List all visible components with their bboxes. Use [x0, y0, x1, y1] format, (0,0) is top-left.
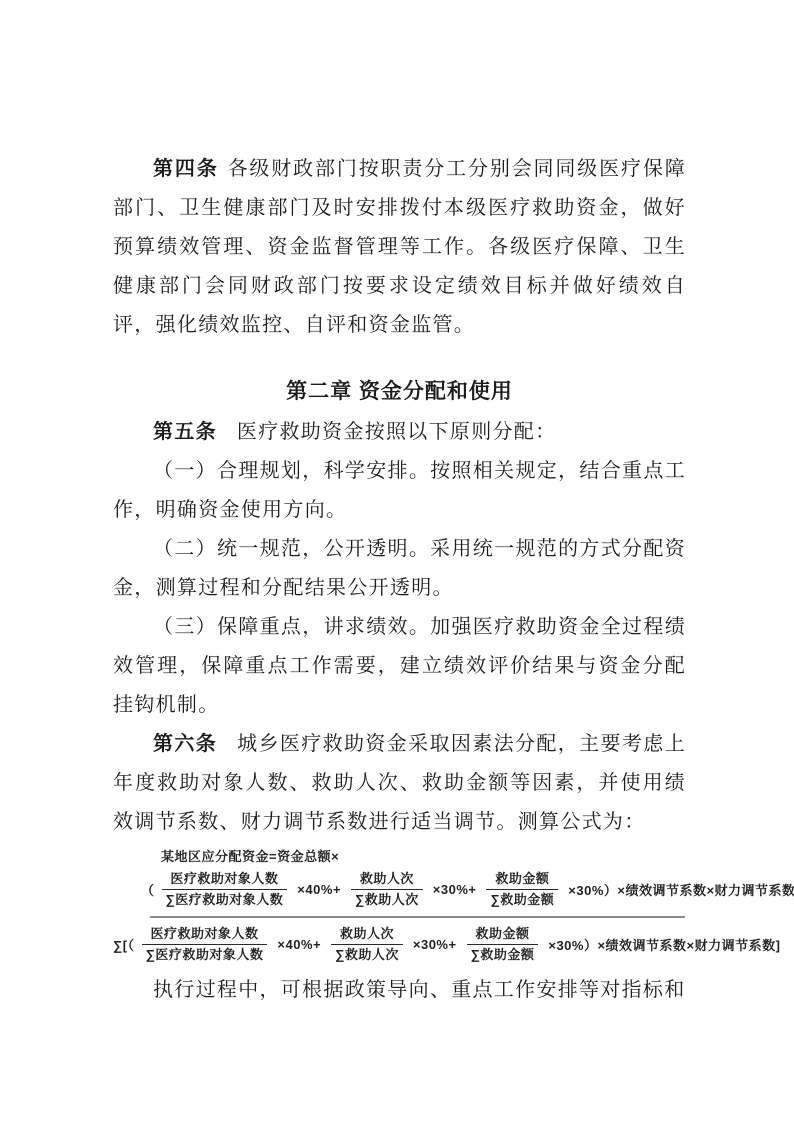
formula-numerator-row: （ 医疗救助对象人数 ∑医疗救助对象人数 ×40%+ 救助人次 ∑救助人次 ×3… — [113, 870, 686, 909]
document-page: 第四条各级财政部门按职责分工分别会同同级医疗保障部门、卫生健康部门及时安排拨付本… — [0, 0, 794, 1122]
operator-30pct: ×30%+ — [433, 882, 477, 897]
fraction-denominator: ∑救助金额 — [467, 946, 539, 964]
fraction-aid-amount: 救助金额 ∑救助金额 — [467, 925, 539, 964]
row-tail-coefficients: ×30%）×绩效调节系数×财力调节系数 — [568, 880, 794, 899]
principle-item-2: （二）统一规范，公开透明。采用统一规范的方式分配资金，测算过程和分配结果公开透明… — [113, 530, 686, 608]
fraction-numerator: 救助金额 — [491, 870, 553, 888]
fraction-denominator: ∑医疗救助对象人数 — [162, 891, 288, 909]
principle-item-1: （一）合理规划，科学安排。按照相关规定，结合重点工作，明确资金使用方向。 — [113, 452, 686, 530]
operator-40pct: ×40%+ — [277, 937, 321, 952]
main-fraction-bar — [150, 916, 685, 918]
row-tail-coefficients: ×30%）×绩效调节系数×财力调节系数] — [548, 935, 780, 954]
article-5-label: 第五条 — [153, 421, 217, 443]
fraction-denominator: ∑救助人次 — [351, 891, 423, 909]
chapter-2-heading: 第二章 资金分配和使用 — [113, 371, 686, 413]
sigma-open-bracket: ∑[（ — [113, 935, 135, 954]
fraction-denominator: ∑救助金额 — [486, 891, 558, 909]
fraction-target-population: 医疗救助对象人数 ∑医疗救助对象人数 — [162, 870, 288, 909]
operator-40pct: ×40%+ — [297, 882, 341, 897]
fraction-bar — [331, 944, 403, 945]
article-5-text: 医疗救助资金按照以下原则分配： — [237, 421, 557, 443]
article-4-label: 第四条 — [153, 158, 219, 180]
fraction-aid-visits: 救助人次 ∑救助人次 — [351, 870, 423, 909]
formula-denominator-row: ∑[（ 医疗救助对象人数 ∑医疗救助对象人数 ×40%+ 救助人次 ∑救助人次 … — [113, 925, 686, 964]
fraction-numerator: 救助人次 — [356, 870, 418, 888]
fraction-numerator: 救助金额 — [471, 925, 533, 943]
open-paren: （ — [141, 880, 155, 899]
fraction-aid-visits: 救助人次 ∑救助人次 — [331, 925, 403, 964]
fraction-numerator: 医疗救助对象人数 — [146, 925, 262, 943]
operator-30pct: ×30%+ — [413, 937, 457, 952]
fraction-denominator: ∑救助人次 — [331, 946, 403, 964]
fraction-bar — [162, 889, 288, 890]
fraction-denominator: ∑医疗救助对象人数 — [142, 946, 268, 964]
fraction-numerator: 救助人次 — [336, 925, 398, 943]
article-4-paragraph: 第四条各级财政部门按职责分工分别会同同级医疗保障部门、卫生健康部门及时安排拨付本… — [113, 150, 686, 345]
article-6-paragraph: 第六条城乡医疗救助资金采取因素法分配，主要考虑上年度救助对象人数、救助人次、救助… — [113, 725, 686, 842]
article-4-text: 各级财政部门按职责分工分别会同同级医疗保障部门、卫生健康部门及时安排拨付本级医疗… — [113, 158, 686, 336]
fraction-bar — [142, 944, 268, 945]
article-6-label: 第六条 — [153, 733, 217, 755]
allocation-formula: 某地区应分配资金=资金总额× （ 医疗救助对象人数 ∑医疗救助对象人数 ×40%… — [113, 848, 686, 964]
fraction-bar — [467, 944, 539, 945]
closing-paragraph: 执行过程中，可根据政策导向、重点工作安排等对指标和 — [113, 971, 686, 1010]
fraction-bar — [351, 889, 423, 890]
fraction-bar — [486, 889, 558, 890]
fraction-target-population: 医疗救助对象人数 ∑医疗救助对象人数 — [142, 925, 268, 964]
article-5-paragraph: 第五条医疗救助资金按照以下原则分配： — [113, 413, 686, 452]
formula-intro: 某地区应分配资金=资金总额× — [161, 848, 686, 866]
fraction-numerator: 医疗救助对象人数 — [166, 870, 282, 888]
fraction-aid-amount: 救助金额 ∑救助金额 — [486, 870, 558, 909]
principle-item-3: （三）保障重点，讲求绩效。加强医疗救助资金全过程绩效管理，保障重点工作需要，建立… — [113, 608, 686, 725]
